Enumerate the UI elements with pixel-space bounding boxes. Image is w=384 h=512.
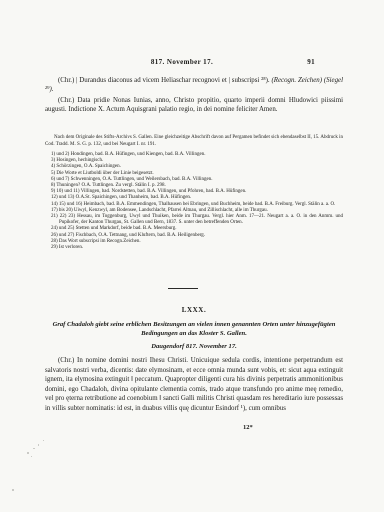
scan-speck xyxy=(31,456,32,457)
scanned-book-page: 817. November 17. 91 (Chr.) | Durandus d… xyxy=(0,0,384,512)
scan-speck xyxy=(38,444,39,446)
footnote-line: 14) 15) und 16) Heimbach, bad. B.A. Emme… xyxy=(45,202,343,208)
datum-paragraph: (Chr.) Data pridie Nonas Iunias, anno, C… xyxy=(45,96,343,115)
scan-speck xyxy=(43,440,44,441)
charter-dateline: Daugendorf 817. November 17. xyxy=(45,343,343,350)
charter-body-text: (Chr.) In nomine domini nostri Ihesu Chr… xyxy=(45,356,343,413)
running-head: 817. November 17. 91 xyxy=(45,58,343,66)
running-head-date: 817. November 17. xyxy=(33,58,331,66)
charter-number-heading: LXXX. xyxy=(45,306,343,314)
scan-speck xyxy=(27,452,29,454)
printers-signature-mark: 12* xyxy=(243,424,253,431)
charter-summary-heading: Graf Chadaloh giebt seine erblichen Besi… xyxy=(45,320,343,338)
source-note: Nach dem Originale des Stifts-Archivs S.… xyxy=(45,135,343,148)
scan-speck xyxy=(12,489,14,491)
footnote-block: 1) und 2) Hondingen, bad. B.A. Hüfingen,… xyxy=(45,152,343,251)
footnote-line: 29) Ist verloren. xyxy=(45,245,343,251)
section-divider-rule xyxy=(168,288,198,289)
footnote-line: 21) 22) 23) Hessau, im Toggenburg, Uwyl … xyxy=(45,214,343,226)
scan-speck xyxy=(33,448,35,449)
recognition-text: (Chr.) | Durandus diaconus ad vicem Heli… xyxy=(58,77,271,84)
page-number: 91 xyxy=(307,58,315,66)
recognition-paragraph: (Chr.) | Durandus diaconus ad vicem Heli… xyxy=(45,76,343,95)
